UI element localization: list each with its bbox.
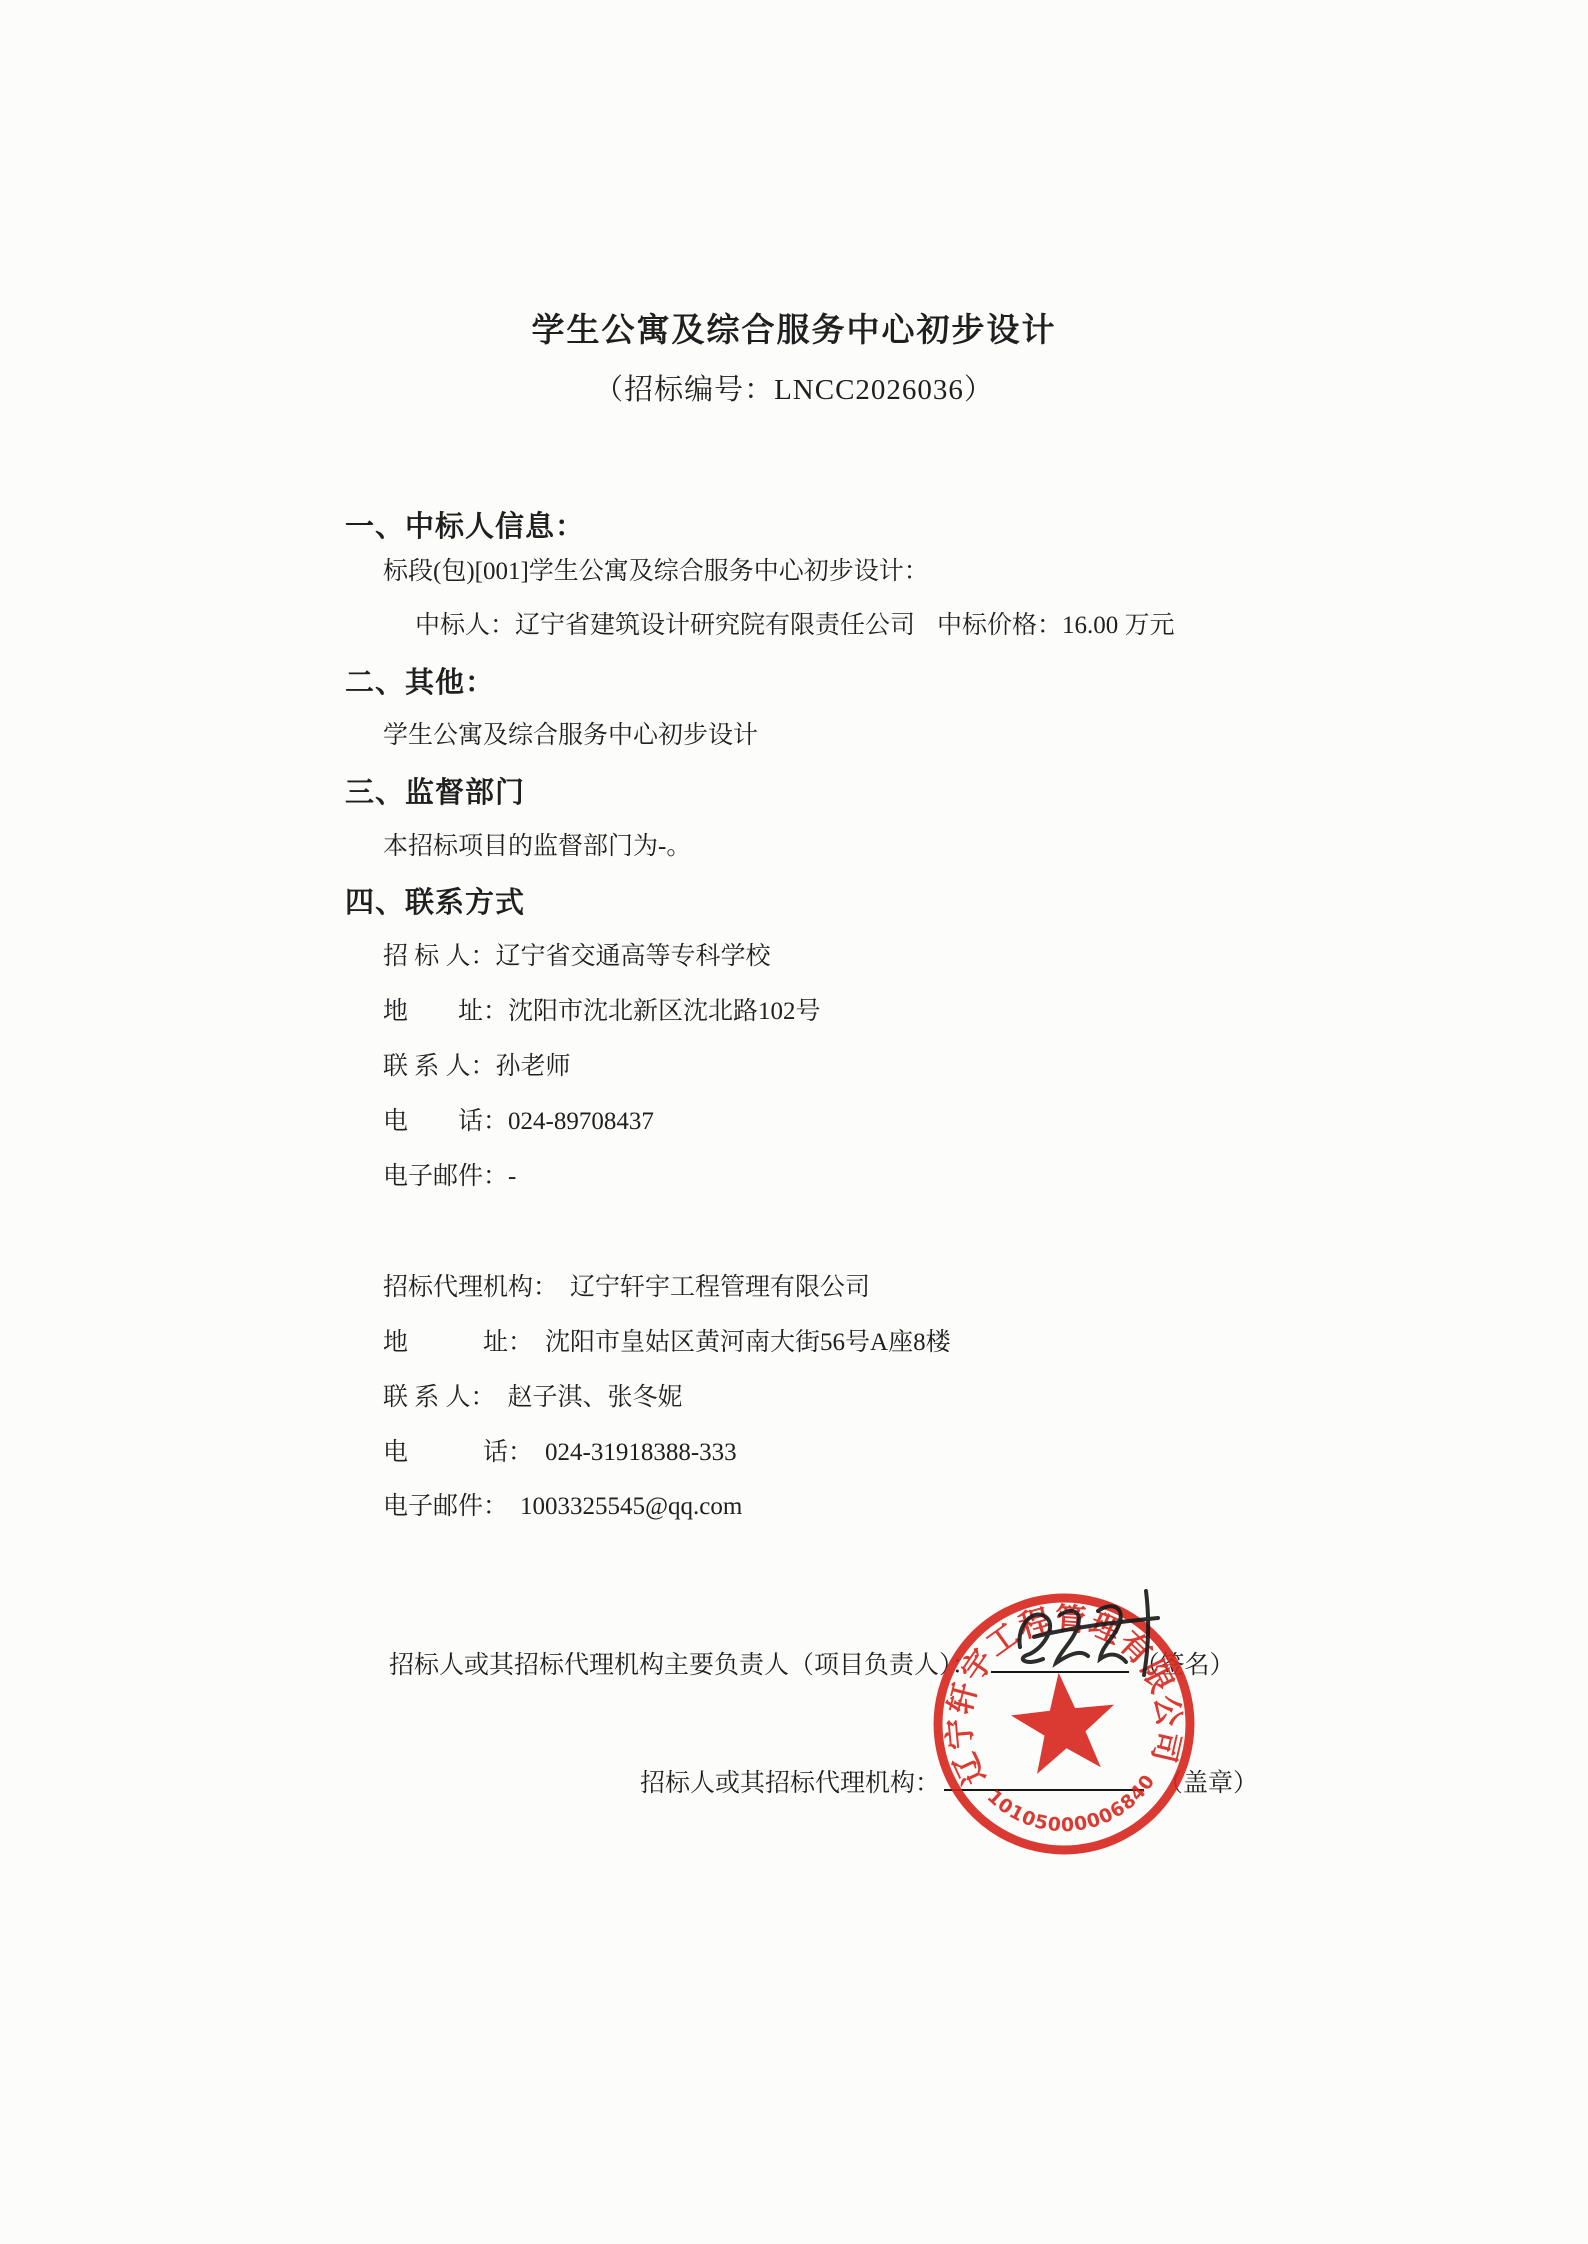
tenderer-contact-row: 联 系 人：孙老师: [383, 1051, 571, 1082]
handwritten-signature: [1008, 1585, 1173, 1690]
document-page: 学生公寓及综合服务中心初步设计 （招标编号：LNCC2026036） 一、中标人…: [0, 0, 1588, 2244]
price-label: 中标价格：: [937, 612, 1062, 639]
signature-stroke: [1056, 1611, 1088, 1663]
tenderer-email-value: -: [508, 1163, 516, 1190]
tenderer-address-value: 沈阳市沈北新区沈北路102号: [508, 998, 821, 1025]
agency-address-row: 地 址：沈阳市皇姑区黄河南大街56号A座8楼: [383, 1327, 951, 1358]
section2-body: 学生公寓及综合服务中心初步设计: [383, 720, 758, 751]
signature-stroke: [1034, 1618, 1158, 1637]
tenderer-email-row: 电子邮件：-: [383, 1161, 516, 1192]
section3-body: 本招标项目的监督部门为-。: [383, 831, 691, 862]
tenderer-name-label: 招 标 人：: [383, 943, 496, 970]
agency-name-value: 辽宁轩宇工程管理有限公司: [570, 1274, 870, 1301]
winner-label: 中标人：: [415, 612, 515, 639]
agency-phone-label: 电 话：: [383, 1439, 533, 1466]
agency-name-row: 招标代理机构：辽宁轩宇工程管理有限公司: [383, 1272, 870, 1303]
winner-line: 中标人：辽宁省建筑设计研究院有限责任公司: [415, 610, 915, 641]
page-title: 学生公寓及综合服务中心初步设计: [0, 311, 1588, 352]
agency-address-value: 沈阳市皇姑区黄河南大街56号A座8楼: [545, 1329, 951, 1356]
section4-heading: 四、联系方式: [345, 884, 525, 920]
agency-contact-value: 赵子淇、张冬妮: [508, 1384, 683, 1411]
agency-email-value: 1003325545@qq.com: [520, 1493, 742, 1520]
tenderer-name-value: 辽宁省交通高等专科学校: [496, 943, 771, 970]
signature-line1-label: 招标人或其招标代理机构主要负责人（项目负责人）：: [389, 1652, 977, 1679]
agency-phone-row: 电 话：024-31918388-333: [383, 1437, 737, 1468]
tenderer-address-label: 地 址：: [383, 998, 508, 1025]
signature-line2-label: 招标人或其招标代理机构：: [640, 1770, 940, 1797]
agency-contact-row: 联 系 人：赵子淇、张冬妮: [383, 1382, 683, 1413]
tenderer-name-row: 招 标 人：辽宁省交通高等专科学校: [383, 941, 771, 972]
tenderer-phone-row: 电 话：024-89708437: [383, 1106, 654, 1137]
tenderer-address-row: 地 址：沈阳市沈北新区沈北路102号: [383, 996, 821, 1027]
agency-address-label: 地 址：: [383, 1329, 533, 1356]
agency-contact-label: 联 系 人：: [383, 1384, 496, 1411]
section2-heading: 二、其他：: [345, 664, 495, 700]
agency-email-label: 电子邮件：: [383, 1493, 508, 1520]
tender-number-subtitle: （招标编号：LNCC2026036）: [0, 372, 1588, 408]
tenderer-email-label: 电子邮件：: [383, 1163, 508, 1190]
tenderer-phone-value: 024-89708437: [508, 1108, 654, 1135]
section1-heading: 一、中标人信息：: [345, 508, 585, 544]
agency-email-row: 电子邮件：1003325545@qq.com: [383, 1491, 742, 1522]
signature-stroke: [1144, 1591, 1148, 1675]
price-line: 中标价格：16.00 万元: [937, 610, 1175, 641]
winner-name: 辽宁省建筑设计研究院有限责任公司: [515, 612, 915, 639]
tenderer-phone-label: 电 话：: [383, 1108, 508, 1135]
tenderer-contact-label: 联 系 人：: [383, 1053, 496, 1080]
agency-name-label: 招标代理机构：: [383, 1274, 558, 1301]
signature-stroke: [1098, 1606, 1126, 1662]
section3-heading: 三、监督部门: [345, 774, 525, 810]
agency-phone-value: 024-31918388-333: [545, 1439, 737, 1466]
lot-line: 标段(包)[001]学生公寓及综合服务中心初步设计：: [383, 556, 929, 587]
price-value: 16.00 万元: [1062, 612, 1175, 639]
tenderer-contact-value: 孙老师: [496, 1053, 571, 1080]
